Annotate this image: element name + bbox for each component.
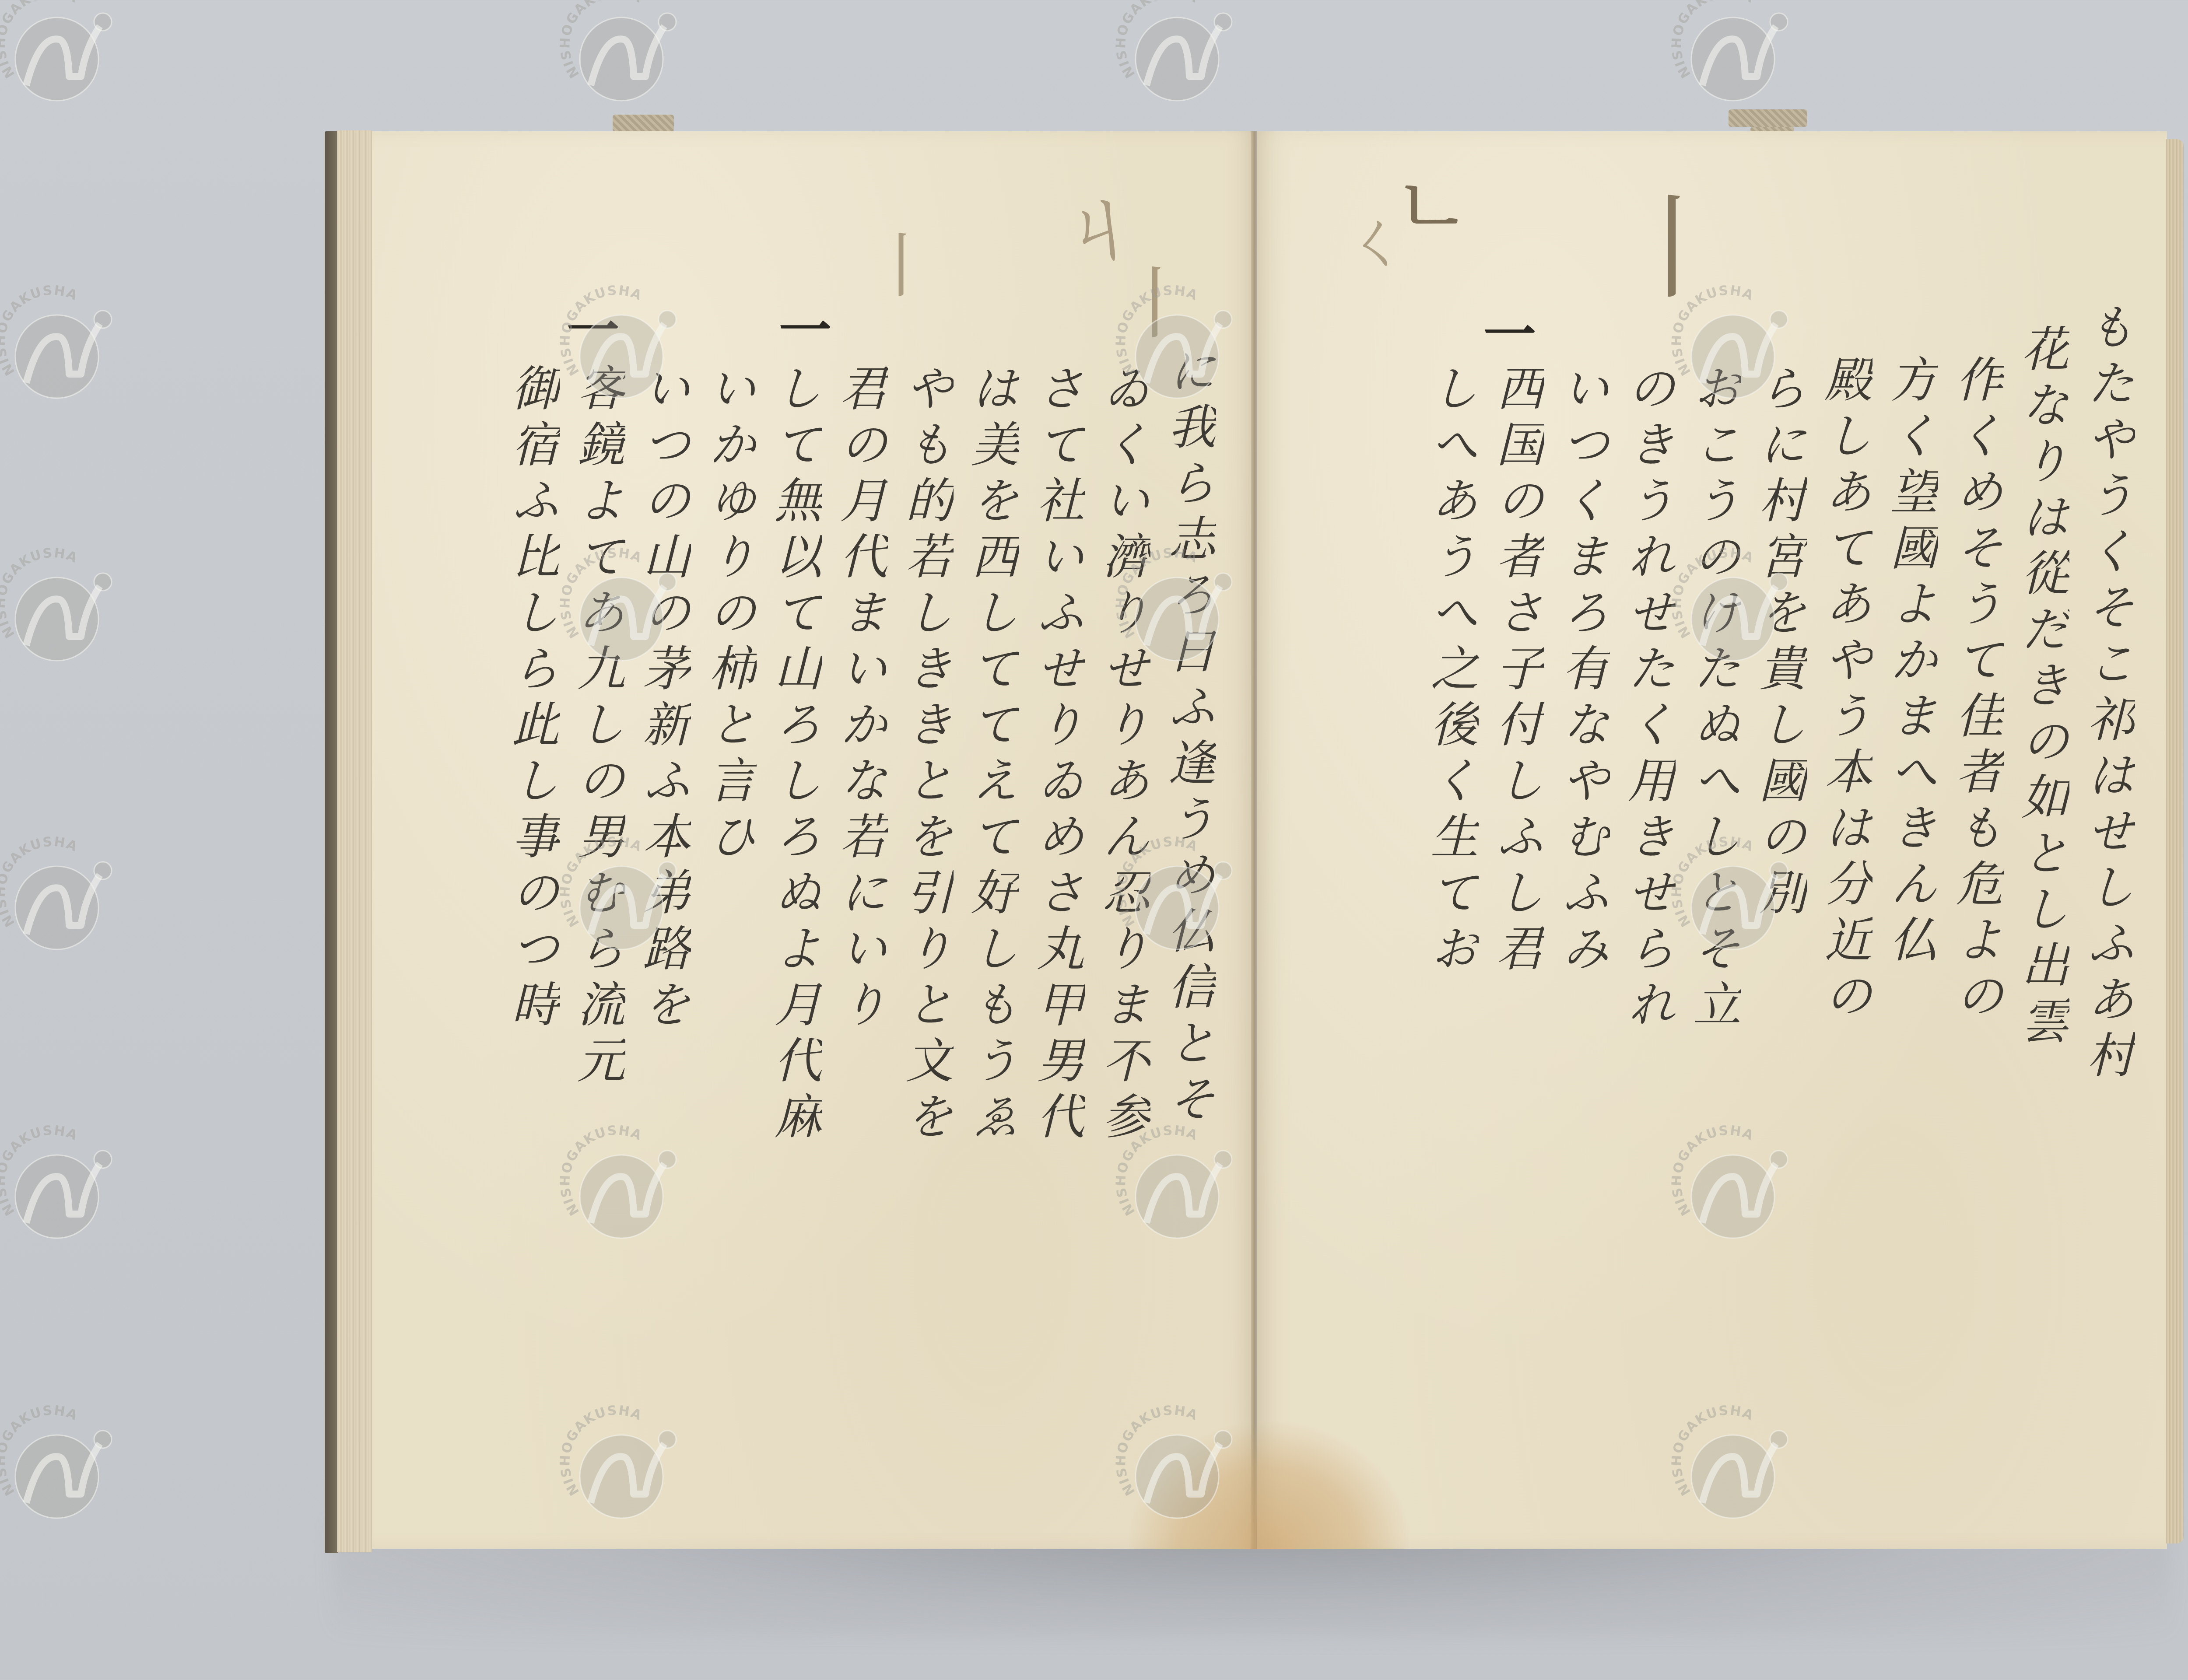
- text-column: いつの山の茅新ふ本弟路を: [621, 363, 687, 1147]
- text-column: さて社いふせりゐめさ丸甲男代: [1015, 363, 1081, 1147]
- svg-text:NISHOGAKUSHA: NISHOGAKUSHA: [0, 1403, 80, 1498]
- text-column: もたやうくそこ祁はせしふあ村: [2065, 302, 2131, 1086]
- text-column: 作くめそうて佳者も危よの: [1934, 354, 2000, 1086]
- book-cover-edge: [325, 131, 338, 1553]
- svg-text:NISHOGAKUSHA: NISHOGAKUSHA: [558, 0, 645, 81]
- text-column: 西国の者さ子付しふし君: [1475, 363, 1540, 1086]
- right-page-text: もたやうくそこ祁はせしふあ村 花なりは從だきの如とし出雲 作くめそうて佳者も危よ…: [1308, 306, 2131, 1086]
- svg-text:NISHOGAKUSHA: NISHOGAKUSHA: [0, 283, 80, 378]
- text-column: に我ら志ろ日ふ逢うめ仏信とそ: [1147, 346, 1212, 1147]
- faded-brush-mark: 丨: [866, 210, 936, 311]
- watermark-logo-icon: NISHOGAKUSHA: [556, 0, 687, 114]
- text-column: 客鏡よてあ九しの男むら流元: [556, 363, 621, 1147]
- text-column: ゐくい濟りせりあん忍りま不参: [1081, 363, 1147, 1147]
- text-column: 君の月代まいかな若にいり: [818, 363, 884, 1147]
- watermark-logo-icon: NISHOGAKUSHA: [0, 1120, 123, 1251]
- text-column: やも的若しききとを引りと文を: [884, 363, 950, 1147]
- text-column: らに村宮を貴し國の別: [1737, 363, 1803, 1086]
- svg-text:NISHOGAKUSHA: NISHOGAKUSHA: [0, 1123, 80, 1218]
- faded-brush-mark: 丨: [1616, 157, 1729, 321]
- svg-text:NISHOGAKUSHA: NISHOGAKUSHA: [0, 834, 80, 929]
- watermark-logo-icon: NISHOGAKUSHA: [0, 1400, 123, 1531]
- text-column: して無以て山ろしろぬよ月代麻: [753, 363, 818, 1147]
- watermark-logo-icon: NISHOGAKUSHA: [1112, 0, 1243, 114]
- photo-stage: ㄐ 丨 丨 一 一 に我ら志ろ日ふ逢うめ仏信とそ ゐくい濟りせりあん忍りま不参 …: [0, 0, 2188, 1680]
- text-column: いつくまろ有なやむふみ: [1540, 363, 1606, 1086]
- text-column: 殿しあてあやう本は分近の: [1803, 354, 1869, 1086]
- text-column: おこうのけたぬへしとそ立: [1672, 363, 1737, 1086]
- svg-text:NISHOGAKUSHA: NISHOGAKUSHA: [0, 545, 80, 640]
- watermark-logo-icon: NISHOGAKUSHA: [1667, 0, 1799, 114]
- text-column: 御宿ふ比しら此し事のつ時: [490, 363, 556, 1147]
- left-page-text: に我ら志ろ日ふ逢うめ仏信とそ ゐくい濟りせりあん忍りま不参 さて社いふせりゐめさ…: [407, 306, 1212, 1147]
- page-stack-left: [337, 130, 372, 1552]
- page-stack-right: [2166, 139, 2184, 1543]
- svg-text:NISHOGAKUSHA: NISHOGAKUSHA: [1669, 0, 1756, 81]
- faded-brush-mark: ㄑ: [1344, 188, 1410, 283]
- text-column: は美を西しててえて好しもうゑ: [950, 363, 1015, 1147]
- text-column: 方く望國よかまへきん仏: [1869, 354, 1934, 1086]
- watermark-logo-icon: NISHOGAKUSHA: [0, 542, 123, 674]
- text-column: のきうれせたく用きせられ: [1606, 363, 1672, 1086]
- svg-text:NISHOGAKUSHA: NISHOGAKUSHA: [0, 0, 80, 81]
- binding-thread: [1729, 109, 1807, 127]
- svg-text:NISHOGAKUSHA: NISHOGAKUSHA: [1113, 0, 1200, 81]
- text-column: しへあうへ之後く生てお: [1409, 363, 1475, 1086]
- watermark-logo-icon: NISHOGAKUSHA: [0, 0, 123, 114]
- water-stain: [1129, 1422, 1409, 1549]
- text-column: いかゆりの柿と言ひ: [687, 363, 753, 1147]
- watermark-logo-icon: NISHOGAKUSHA: [0, 831, 123, 962]
- binding-thread: [613, 115, 674, 132]
- watermark-logo-icon: NISHOGAKUSHA: [0, 280, 123, 411]
- text-column: 花なりは從だきの如とし出雲: [2000, 324, 2065, 1086]
